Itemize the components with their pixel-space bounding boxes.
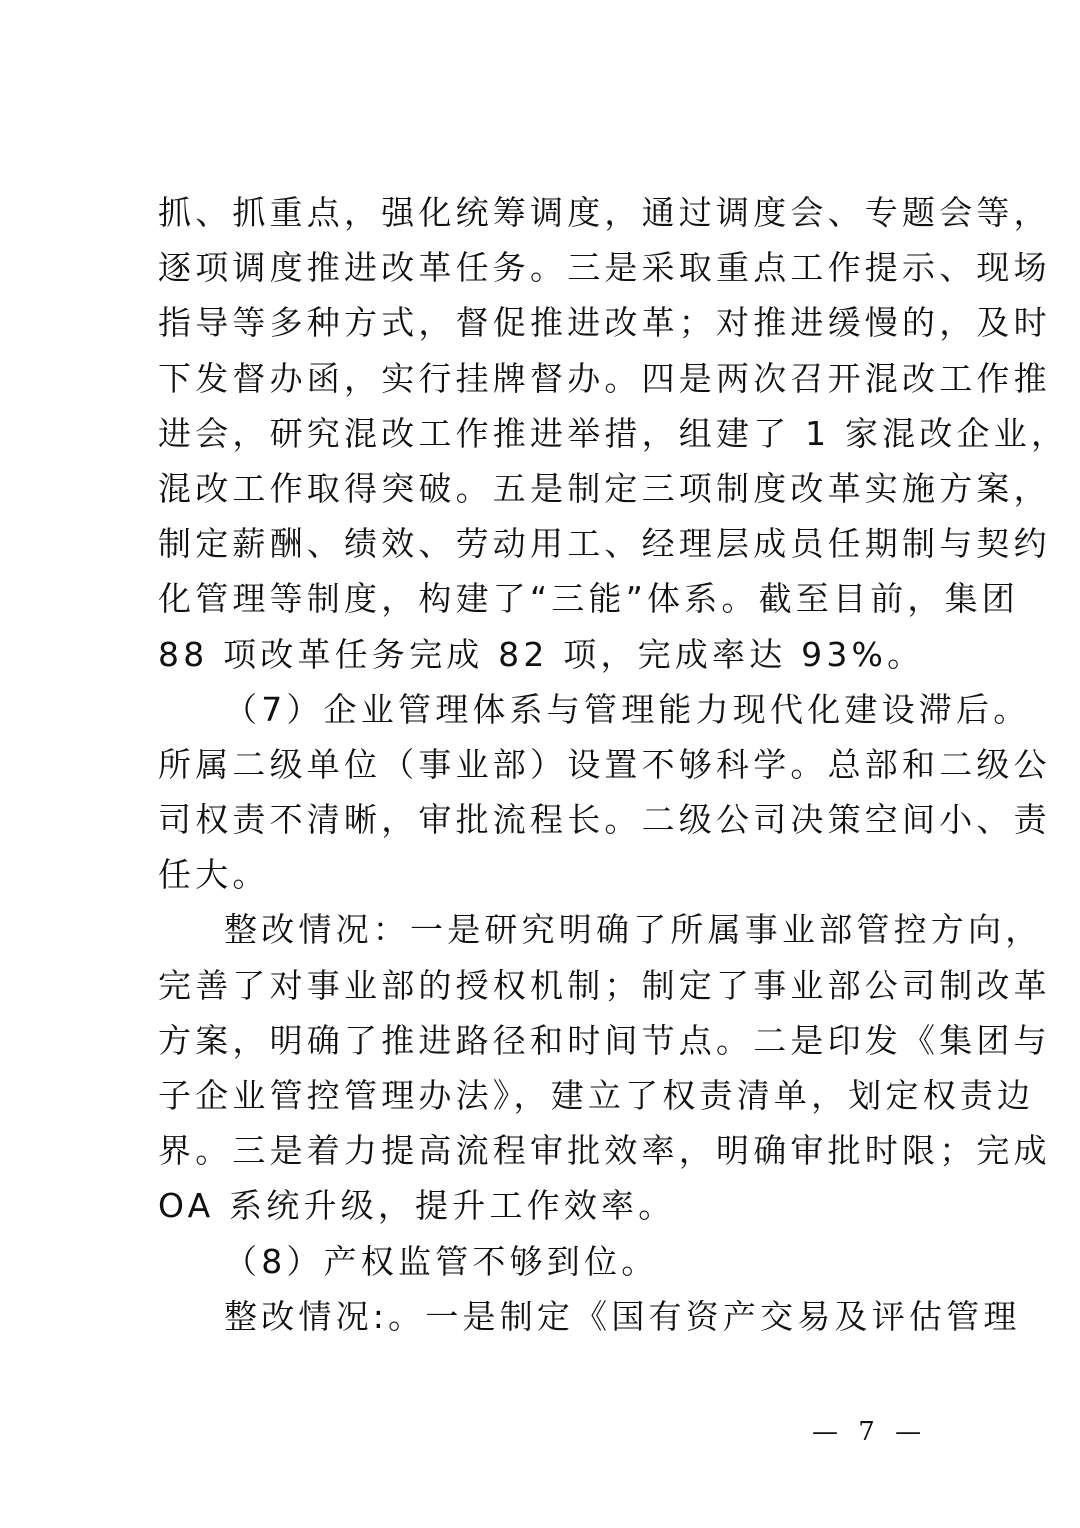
text-line: 混改工作取得突破。五是制定三项制度改革实施方案， bbox=[158, 461, 924, 516]
text-line: OA 系统升级，提升工作效率。 bbox=[158, 1178, 924, 1233]
text-line: 完善了对事业部的授权机制；制定了事业部公司制改革 bbox=[158, 958, 924, 1013]
text-line: 抓、抓重点，强化统筹调度，通过调度会、专题会等， bbox=[158, 185, 924, 240]
document-body: 抓、抓重点，强化统筹调度，通过调度会、专题会等， 逐项调度推进改革任务。三是采取… bbox=[158, 185, 924, 1344]
text-line: 化管理等制度，构建了“三能”体系。截至目前，集团 bbox=[158, 571, 924, 626]
text-line: 任大。 bbox=[158, 847, 924, 902]
text-line: 司权责不清晰，审批流程长。二级公司决策空间小、责 bbox=[158, 792, 924, 847]
section-heading-7: （7）企业管理体系与管理能力现代化建设滞后。 bbox=[158, 682, 924, 737]
page-number: — 7 — bbox=[812, 1412, 927, 1452]
text-line: 方案，明确了推进路径和时间节点。二是印发《集团与 bbox=[158, 1013, 924, 1068]
rectification-paragraph-start: 整改情况：一是研究明确了所属事业部管控方向， bbox=[158, 902, 924, 957]
text-line: 所属二级单位（事业部）设置不够科学。总部和二级公 bbox=[158, 737, 924, 792]
section-heading-8: （8）产权监管不够到位。 bbox=[158, 1234, 924, 1289]
text-line: 进会，研究混改工作推进举措，组建了 1 家混改企业， bbox=[158, 406, 924, 461]
text-line: 制定薪酬、绩效、劳动用工、经理层成员任期制与契约 bbox=[158, 516, 924, 571]
text-line: 下发督办函，实行挂牌督办。四是两次召开混改工作推 bbox=[158, 351, 924, 406]
text-line: 子企业管控管理办法》，建立了权责清单，划定权责边 bbox=[158, 1068, 924, 1123]
rectification-paragraph-start: 整改情况:。一是制定《国有资产交易及评估管理 bbox=[158, 1289, 924, 1344]
text-line: 指导等多种方式，督促推进改革；对推进缓慢的，及时 bbox=[158, 295, 924, 350]
text-line: 88 项改革任务完成 82 项，完成率达 93%。 bbox=[158, 627, 924, 682]
text-line: 界。三是着力提高流程审批效率，明确审批时限；完成 bbox=[158, 1123, 924, 1178]
document-page: 抓、抓重点，强化统筹调度，通过调度会、专题会等， 逐项调度推进改革任务。三是采取… bbox=[0, 0, 1080, 1528]
text-line: 逐项调度推进改革任务。三是采取重点工作提示、现场 bbox=[158, 240, 924, 295]
